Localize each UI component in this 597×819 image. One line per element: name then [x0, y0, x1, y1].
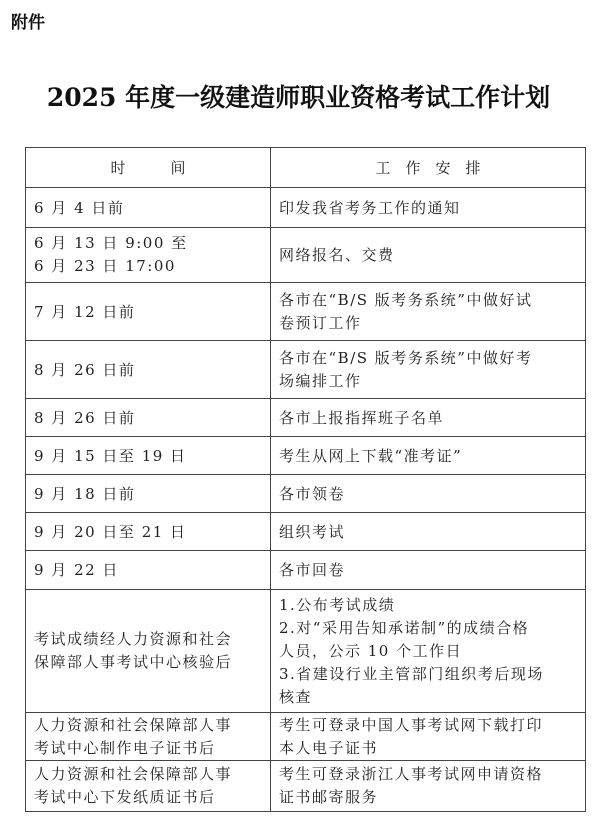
header-work: 工 作 安 排 [271, 148, 586, 188]
work-cell: 印发我省考务工作的通知 [271, 188, 586, 228]
time-cell: 9 月 18 日前 [26, 475, 271, 513]
work-cell: 各市在“B/S 版考务系统”中做好考 场编排工作 [271, 341, 586, 399]
work-cell: 考生可登录中国人事考试网下载打印 本人电子证书 [271, 713, 586, 761]
table-row: 6 月 13 日 9:00 至 6 月 23 日 17:00 网络报名、交费 [26, 228, 586, 283]
work-cell: 各市上报指挥班子名单 [271, 399, 586, 437]
table-row: 8 月 26 日前 各市上报指挥班子名单 [26, 399, 586, 437]
attachment-label: 附件 [11, 8, 45, 33]
table-row: 8 月 26 日前 各市在“B/S 版考务系统”中做好考 场编排工作 [26, 341, 586, 399]
table-row: 9 月 22 日 各市回卷 [26, 551, 586, 590]
time-cell: 8 月 26 日前 [26, 341, 271, 399]
table-row: 7 月 12 日前 各市在“B/S 版考务系统”中做好试 卷预订工作 [26, 283, 586, 341]
time-cell: 7 月 12 日前 [26, 283, 271, 341]
time-cell: 8 月 26 日前 [26, 399, 271, 437]
time-cell: 9 月 20 日至 21 日 [26, 513, 271, 551]
table-row: 考试成绩经人力资源和社会 保障部人事考试中心核验后 1.公布考试成绩 2.对“采… [26, 590, 586, 713]
work-cell: 组织考试 [271, 513, 586, 551]
time-cell: 6 月 4 日前 [26, 188, 271, 228]
work-cell: 各市回卷 [271, 551, 586, 590]
table-row: 9 月 15 日至 19 日 考生从网上下载“准考证” [26, 437, 586, 475]
table-row: 9 月 20 日至 21 日 组织考试 [26, 513, 586, 551]
work-cell: 各市领卷 [271, 475, 586, 513]
table-row: 人力资源和社会保障部人事 考试中心制作电子证书后 考生可登录中国人事考试网下载打… [26, 713, 586, 761]
work-cell: 网络报名、交费 [271, 228, 586, 283]
work-cell: 考生可登录浙江人事考试网申请资格 证书邮寄服务 [271, 761, 586, 812]
time-cell: 人力资源和社会保障部人事 考试中心下发纸质证书后 [26, 761, 271, 812]
time-cell: 6 月 13 日 9:00 至 6 月 23 日 17:00 [26, 228, 271, 283]
work-cell: 各市在“B/S 版考务系统”中做好试 卷预订工作 [271, 283, 586, 341]
table-header-row: 时 间 工 作 安 排 [26, 148, 586, 188]
time-cell: 人力资源和社会保障部人事 考试中心制作电子证书后 [26, 713, 271, 761]
table-row: 9 月 18 日前 各市领卷 [26, 475, 586, 513]
document-title: 2025 年度一级建造师职业资格考试工作计划 [0, 78, 597, 114]
table-row: 人力资源和社会保障部人事 考试中心下发纸质证书后 考生可登录浙江人事考试网申请资… [26, 761, 586, 812]
time-cell: 9 月 15 日至 19 日 [26, 437, 271, 475]
time-cell: 9 月 22 日 [26, 551, 271, 590]
table-row: 6 月 4 日前 印发我省考务工作的通知 [26, 188, 586, 228]
work-plan-table: 时 间 工 作 安 排 6 月 4 日前 印发我省考务工作的通知 6 月 13 … [25, 147, 586, 812]
time-cell: 考试成绩经人力资源和社会 保障部人事考试中心核验后 [26, 590, 271, 713]
header-time: 时 间 [26, 148, 271, 188]
work-cell: 1.公布考试成绩 2.对“采用告知承诺制”的成绩合格 人员，公示 10 个工作日… [271, 590, 586, 713]
work-cell: 考生从网上下载“准考证” [271, 437, 586, 475]
